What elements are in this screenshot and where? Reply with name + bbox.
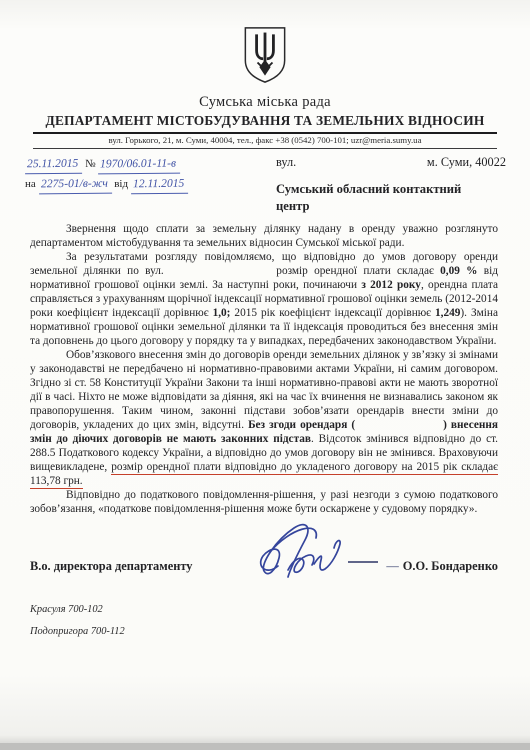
- street-label: вул.: [276, 154, 296, 171]
- reference-and-addressee-row: 25.11.2015 № 1970/06.01-11-в на 2275-01/…: [25, 154, 506, 214]
- addressee-name: Сумський обласний контактний центр: [276, 181, 494, 214]
- letterhead-divider: вул. Горького, 21, м. Суми, 40004, тел.,…: [33, 132, 497, 149]
- paragraph-1: Звернення щодо сплати за земельну ділянк…: [30, 222, 498, 250]
- handwritten-signature-icon: [248, 520, 398, 592]
- scanned-letter-page: Сумська міська рада ДЕПАРТАМЕНТ МІСТОБУД…: [0, 0, 530, 750]
- emblem-wrap: [0, 26, 530, 89]
- outgoing-date-handwritten: 25.11.2015: [25, 154, 83, 175]
- signer-name: О.О. Бондаренко: [403, 559, 498, 573]
- reference-block: 25.11.2015 № 1970/06.01-11-в на 2275-01/…: [25, 154, 188, 214]
- incoming-number-handwritten: 2275-01/в-жч: [38, 174, 111, 195]
- organization-name: Сумська міська рада: [0, 93, 530, 112]
- signer-position: В.о. директора департаменту: [30, 559, 192, 574]
- reference-line-2: на 2275-01/в-жч від 12.11.2015: [25, 174, 188, 194]
- paragraph-3: Обов’язкового внесення змін до договорів…: [30, 348, 498, 488]
- na-label: на: [25, 178, 36, 190]
- signature-dash: —: [386, 559, 398, 573]
- signature-row: В.о. директора департаменту —О.О. Бондар…: [30, 544, 498, 588]
- paragraph-4: Відповідно до податкового повідомлення-р…: [30, 488, 498, 516]
- reference-line-1: 25.11.2015 № 1970/06.01-11-в: [25, 154, 188, 174]
- address-line: вул. Горького, 21, м. Суми, 40004, тел.,…: [33, 135, 497, 146]
- paragraph-2: За результатами розгляду повідомляємо, щ…: [30, 250, 498, 348]
- vid-label: від: [114, 178, 128, 190]
- signer-name-wrap: —О.О. Бондаренко: [386, 559, 498, 574]
- addressee-block: вул. м. Суми, 40022 Сумський обласний ко…: [276, 154, 506, 214]
- addressee-city: м. Суми, 40022: [427, 154, 506, 171]
- executor-line-1: Красуля 700-102: [30, 604, 530, 616]
- scan-edge-bottom: [0, 743, 530, 750]
- executor-line-2: Подопригора 700-112: [30, 626, 530, 638]
- addressee-street-row: вул. м. Суми, 40022: [276, 154, 506, 171]
- incoming-date-handwritten: 12.11.2015: [131, 174, 189, 195]
- ukraine-trident-emblem-icon: [241, 26, 289, 84]
- outgoing-number-handwritten: 1970/06.01-11-в: [98, 154, 180, 175]
- department-name: ДЕПАРТАМЕНТ МІСТОБУДУВАННЯ ТА ЗЕМЕЛЬНИХ …: [0, 112, 530, 130]
- number-label: №: [85, 158, 96, 170]
- letter-body: Звернення щодо сплати за земельну ділянк…: [30, 222, 498, 516]
